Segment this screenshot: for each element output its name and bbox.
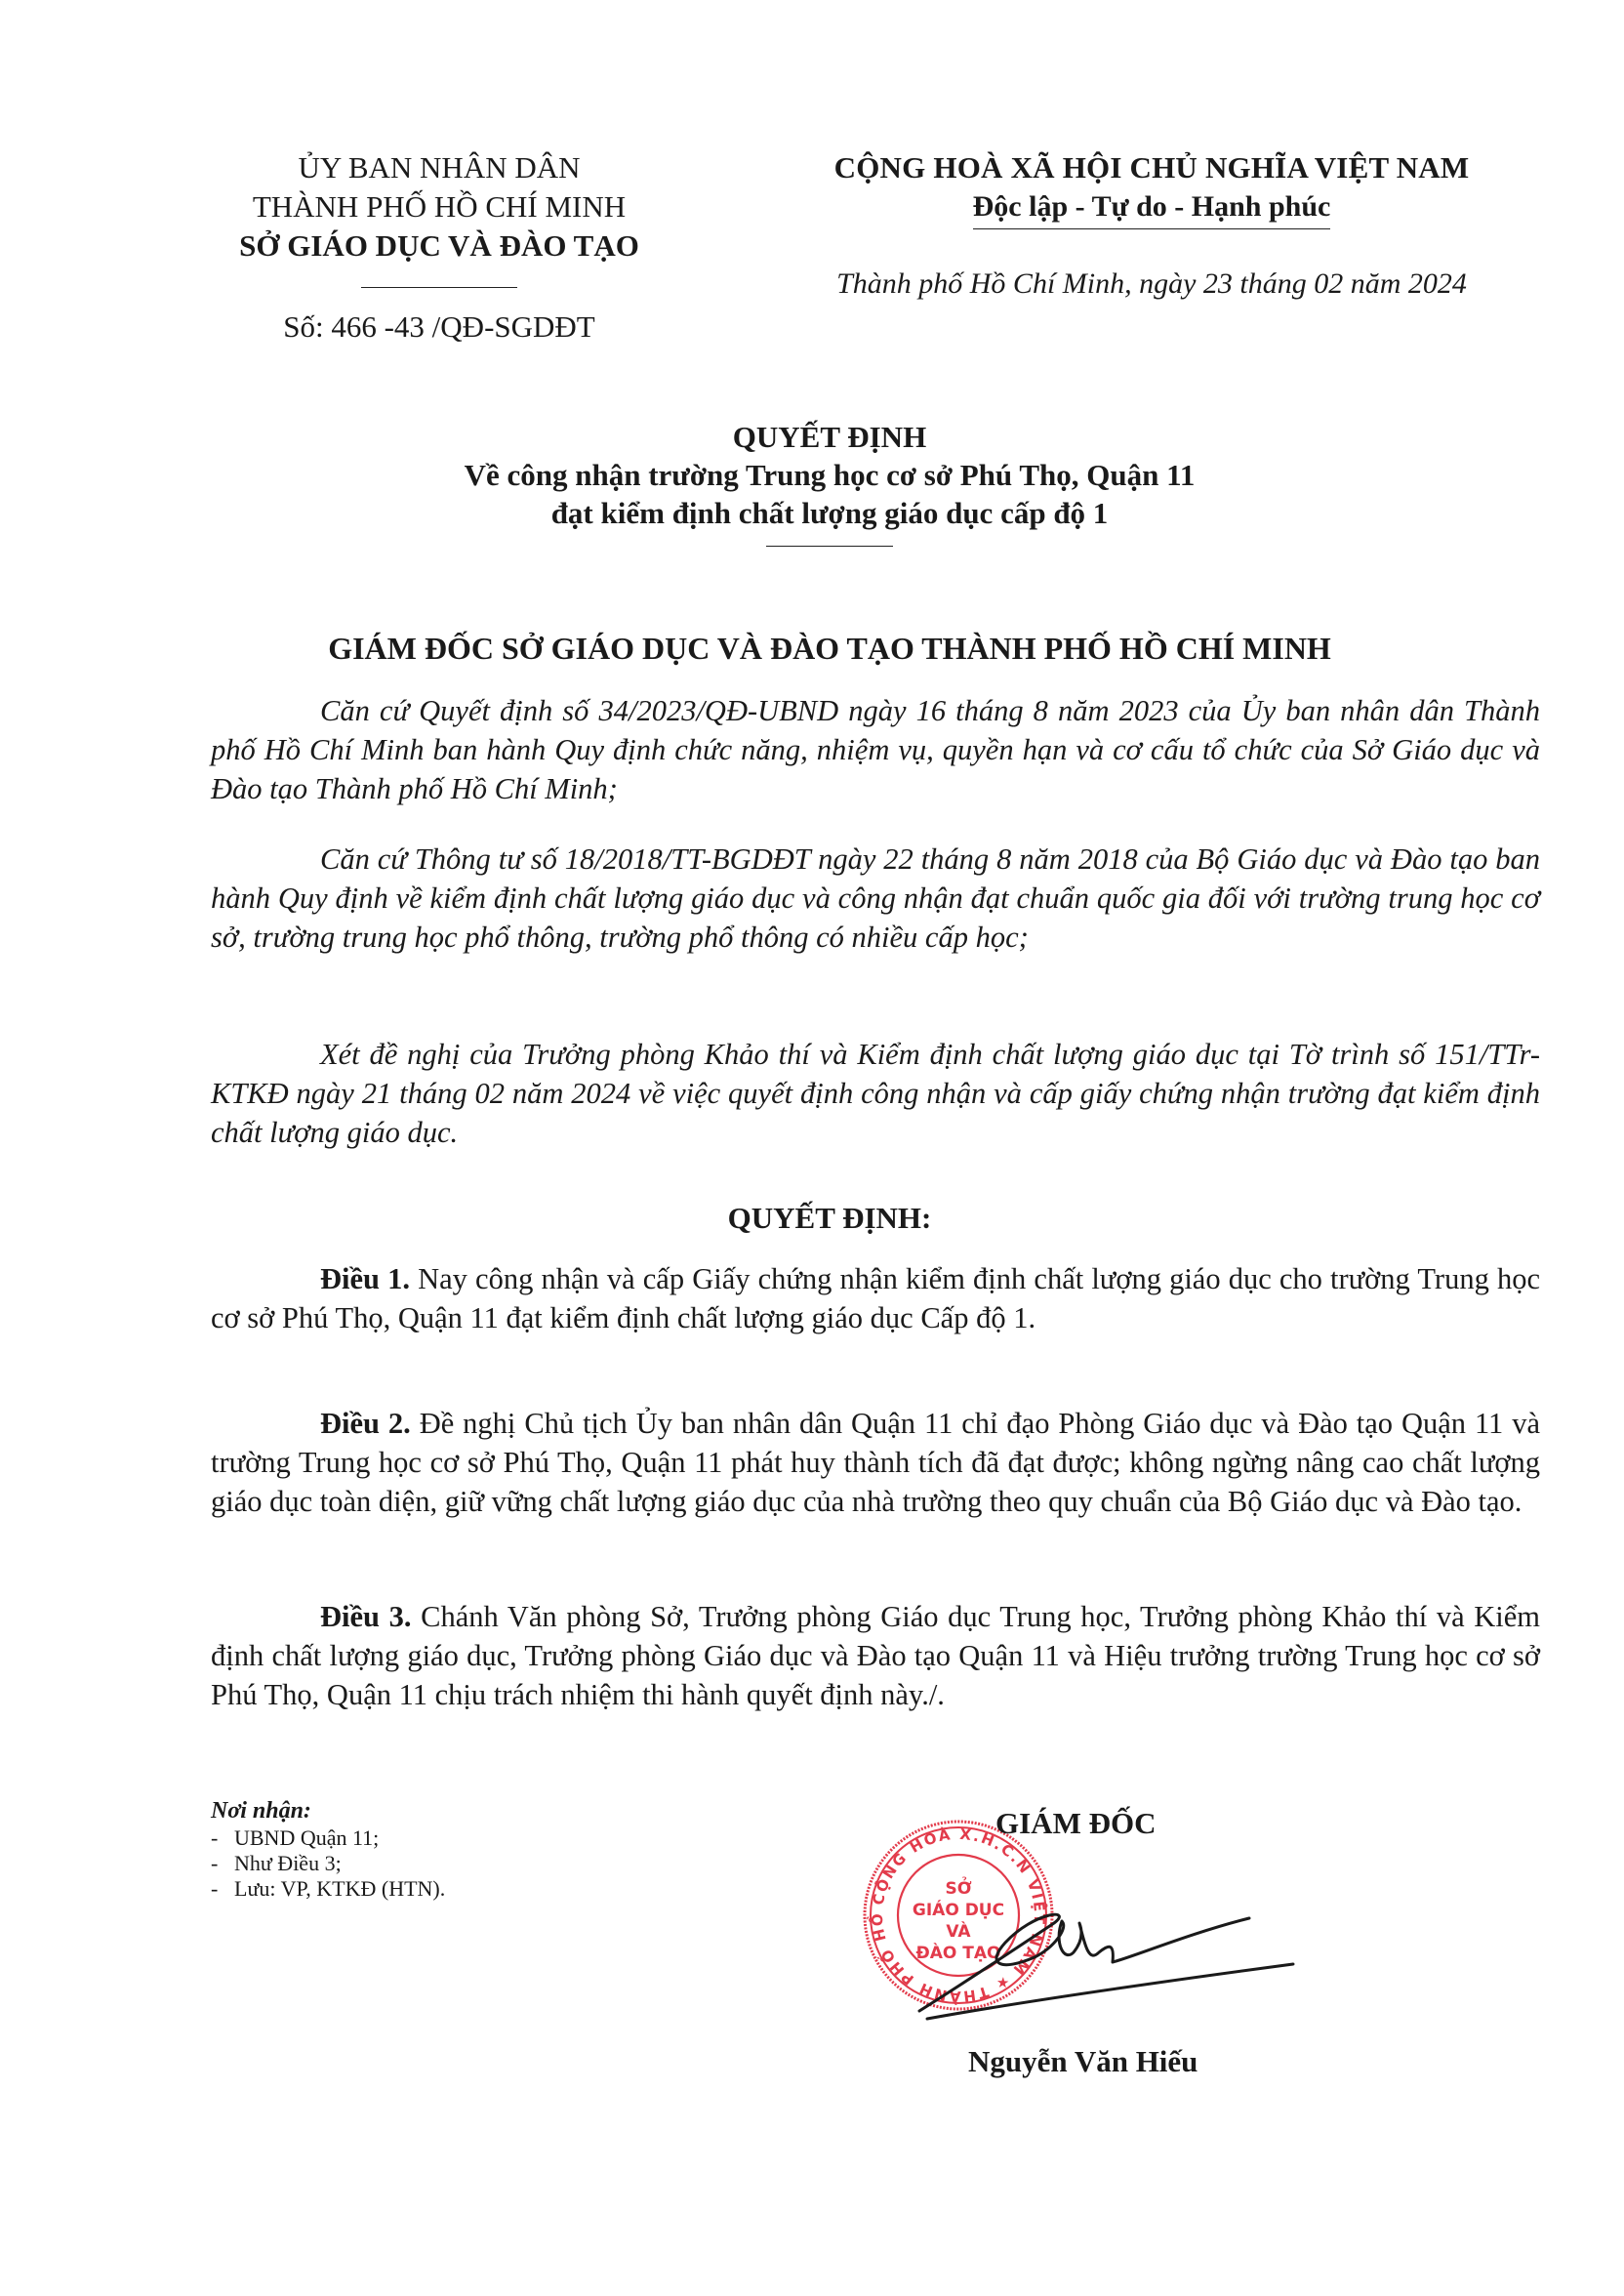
recipient-text: Như Điều 3; xyxy=(234,1851,342,1876)
list-bullet: - xyxy=(211,1876,234,1902)
legal-basis-text: Căn cứ Thông tư số 18/2018/TT-BGDĐT ngày… xyxy=(211,840,1540,957)
list-bullet: - xyxy=(211,1825,234,1851)
document-number: Số: 466 -43 /QĐ-SGDĐT xyxy=(195,307,683,347)
national-heading-block: CỘNG HOÀ XÃ HỘI CHỦ NGHĨA VIỆT NAM Độc l… xyxy=(751,148,1552,304)
document-type: QUYẾT ĐỊNH xyxy=(195,418,1464,456)
decision-heading: QUYẾT ĐỊNH: xyxy=(195,1199,1464,1238)
legal-basis-text: Xét đề nghị của Trưởng phòng Khảo thí và… xyxy=(211,1035,1540,1152)
recipients-block: Nơi nhận: - UBND Quận 11; - Như Điều 3; … xyxy=(211,1796,718,1902)
recipient-item: - Lưu: VP, KTKĐ (HTN). xyxy=(211,1876,718,1902)
national-title: CỘNG HOÀ XÃ HỘI CHỦ NGHĨA VIỆT NAM xyxy=(751,148,1552,187)
article-1: Điều 1. Nay công nhận và cấp Giấy chứng … xyxy=(211,1259,1540,1337)
document-title-block: QUYẾT ĐỊNH Về công nhận trường Trung học… xyxy=(195,418,1464,547)
place-and-date: Thành phố Hồ Chí Minh, ngày 23 tháng 02 … xyxy=(751,265,1552,304)
subject-line-2: đạt kiểm định chất lượng giáo dục cấp độ… xyxy=(195,494,1464,532)
list-bullet: - xyxy=(211,1851,234,1876)
agency-line-3: SỞ GIÁO DỤC VÀ ĐÀO TẠO xyxy=(195,226,683,266)
legal-basis-3: Xét đề nghị của Trưởng phòng Khảo thí và… xyxy=(211,1035,1540,1152)
recipient-text: UBND Quận 11; xyxy=(234,1825,379,1851)
recipient-item: - Như Điều 3; xyxy=(211,1851,718,1876)
recipient-item: - UBND Quận 11; xyxy=(211,1825,718,1851)
title-divider xyxy=(766,546,893,547)
svg-text:SỞ: SỞ xyxy=(945,1875,971,1899)
signer-title: GIÁM ĐỐC xyxy=(995,1804,1288,1843)
legal-basis-text: Căn cứ Quyết định số 34/2023/QĐ-UBND ngà… xyxy=(211,691,1540,808)
handwritten-signature-icon xyxy=(908,1904,1298,2021)
article-label: Điều 2. xyxy=(320,1407,411,1440)
article-2: Điều 2. Đề nghị Chủ tịch Ủy ban nhân dân… xyxy=(211,1404,1540,1521)
article-3: Điều 3. Chánh Văn phòng Sở, Trưởng phòng… xyxy=(211,1597,1540,1714)
issuing-authority: GIÁM ĐỐC SỞ GIÁO DỤC VÀ ĐÀO TẠO THÀNH PH… xyxy=(195,629,1464,668)
issuing-agency-block: ỦY BAN NHÂN DÂN THÀNH PHỐ HỒ CHÍ MINH SỞ… xyxy=(195,148,683,347)
recipients-heading: Nơi nhận: xyxy=(211,1796,718,1825)
subject-line-1: Về công nhận trường Trung học cơ sở Phú … xyxy=(195,456,1464,494)
agency-line-1: ỦY BAN NHÂN DÂN xyxy=(195,148,683,187)
legal-basis-1: Căn cứ Quyết định số 34/2023/QĐ-UBND ngà… xyxy=(211,691,1540,808)
article-text: Nay công nhận và cấp Giấy chứng nhận kiể… xyxy=(211,1262,1540,1334)
article-label: Điều 1. xyxy=(320,1262,410,1295)
national-motto: Độc lập - Tự do - Hạnh phúc xyxy=(973,187,1331,229)
agency-line-2: THÀNH PHỐ HỒ CHÍ MINH xyxy=(195,187,683,226)
agency-divider xyxy=(361,287,517,288)
recipient-text: Lưu: VP, KTKĐ (HTN). xyxy=(234,1876,445,1902)
decision-document: ỦY BAN NHÂN DÂN THÀNH PHỐ HỒ CHÍ MINH SỞ… xyxy=(0,0,1624,2296)
legal-basis-2: Căn cứ Thông tư số 18/2018/TT-BGDĐT ngày… xyxy=(211,840,1540,957)
signer-name: Nguyễn Văn Hiếu xyxy=(968,2042,1300,2081)
article-label: Điều 3. xyxy=(320,1600,412,1633)
article-text: Đề nghị Chủ tịch Ủy ban nhân dân Quận 11… xyxy=(211,1407,1540,1518)
